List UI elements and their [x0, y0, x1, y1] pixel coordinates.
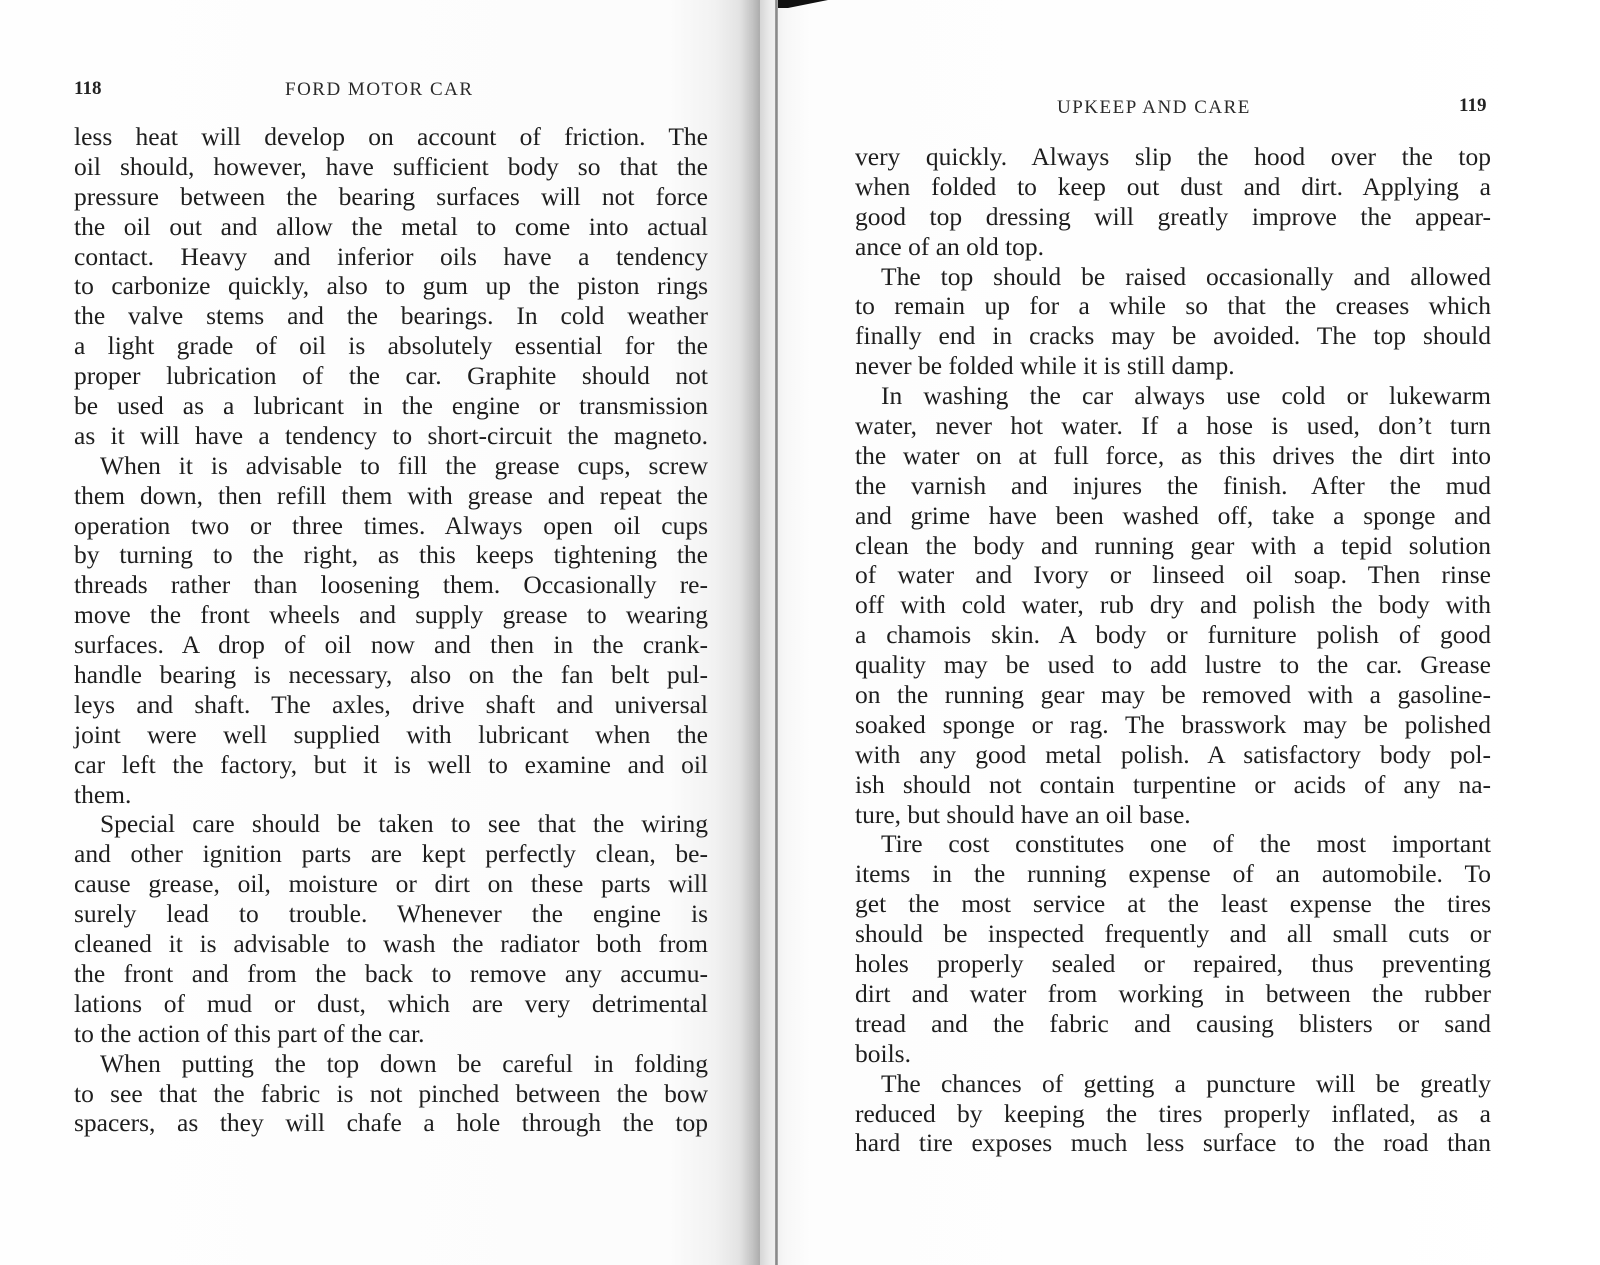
text-line: to carbonize quickly, also to gum up the…: [74, 271, 708, 301]
text-line: When putting the top down be careful in …: [74, 1049, 708, 1079]
text-line: never be folded while it is still damp.: [855, 351, 1491, 381]
running-head-right: UPKEEP AND CARE: [1057, 97, 1251, 119]
text-line: reduced by keeping the tires properly in…: [855, 1099, 1491, 1129]
text-line: a light grade of oil is absolutely essen…: [74, 331, 708, 361]
text-line: good top dressing will greatly improve t…: [855, 202, 1491, 232]
text-line: handle bearing is necessary, also on the…: [74, 660, 708, 690]
page-number-left: 118: [74, 78, 101, 100]
text-line: get the most service at the least expens…: [855, 889, 1491, 919]
text-line: and grime have been washed off, take a s…: [855, 501, 1491, 531]
text-line: hard tire exposes much less surface to t…: [855, 1128, 1491, 1158]
text-line: when folded to keep out dust and dirt. A…: [855, 172, 1491, 202]
text-line: Tire cost constitutes one of the most im…: [855, 829, 1491, 859]
page-number-right: 119: [1459, 95, 1486, 117]
text-line: and other ignition parts are kept perfec…: [74, 839, 708, 869]
text-line: The top should be raised occasionally an…: [855, 262, 1491, 292]
text-line: the front and from the back to remove an…: [74, 959, 708, 989]
text-line: the valve stems and the bearings. In col…: [74, 301, 708, 331]
text-line: ance of an old top.: [855, 232, 1491, 262]
text-line: the water on at full force, as this driv…: [855, 441, 1491, 471]
text-line: operation two or three times. Always ope…: [74, 511, 708, 541]
text-line: items in the running expense of an autom…: [855, 859, 1491, 889]
text-line: surely lead to trouble. Whenever the eng…: [74, 899, 708, 929]
paragraph: very quickly. Always slip the hood over …: [855, 142, 1491, 262]
book-spread: 118 FORD MOTOR CAR less heat will develo…: [0, 0, 1600, 1265]
text-line: cause grease, oil, moisture or dirt on t…: [74, 869, 708, 899]
text-line: them.: [74, 780, 708, 810]
paragraph: less heat will develop on account of fri…: [74, 122, 708, 451]
text-line: on the running gear may be removed with …: [855, 680, 1491, 710]
paragraph: The chances of getting a puncture will b…: [855, 1069, 1491, 1159]
text-line: lations of mud or dust, which are very d…: [74, 989, 708, 1019]
text-line: threads rather than loosening them. Occa…: [74, 570, 708, 600]
text-line: to remain up for a while so that the cre…: [855, 291, 1491, 321]
text-line: The chances of getting a puncture will b…: [855, 1069, 1491, 1099]
text-line: ish should not contain turpentine or aci…: [855, 770, 1491, 800]
text-line: leys and shaft. The axles, drive shaft a…: [74, 690, 708, 720]
right-page-body: very quickly. Always slip the hood over …: [855, 142, 1491, 1158]
text-line: very quickly. Always slip the hood over …: [855, 142, 1491, 172]
text-line: move the front wheels and supply grease …: [74, 600, 708, 630]
text-line: dirt and water from working in between t…: [855, 979, 1491, 1009]
text-line: surfaces. A drop of oil now and then in …: [74, 630, 708, 660]
text-line: clean the body and running gear with a t…: [855, 531, 1491, 561]
running-head-left: FORD MOTOR CAR: [285, 79, 474, 101]
text-line: by turning to the right, as this keeps t…: [74, 540, 708, 570]
text-line: spacers, as they will chafe a hole throu…: [74, 1108, 708, 1138]
text-line: them down, then refill them with grease …: [74, 481, 708, 511]
text-line: finally end in cracks may be avoided. Th…: [855, 321, 1491, 351]
text-line: quality may be used to add lustre to the…: [855, 650, 1491, 680]
paragraph: The top should be raised occasionally an…: [855, 262, 1491, 382]
text-line: of water and Ivory or linseed oil soap. …: [855, 560, 1491, 590]
paragraph: In washing the car always use cold or lu…: [855, 381, 1491, 829]
text-line: off with cold water, rub dry and polish …: [855, 590, 1491, 620]
text-line: should be inspected frequently and all s…: [855, 919, 1491, 949]
text-line: contact. Heavy and inferior oils have a …: [74, 242, 708, 272]
text-line: In washing the car always use cold or lu…: [855, 381, 1491, 411]
paragraph: Special care should be taken to see that…: [74, 809, 708, 1048]
text-line: When it is advisable to fill the grease …: [74, 451, 708, 481]
text-line: with any good metal polish. A satisfacto…: [855, 740, 1491, 770]
text-line: pressure between the bearing surfaces wi…: [74, 182, 708, 212]
book-spine: [775, 0, 778, 1265]
paragraph: When putting the top down be careful in …: [74, 1049, 708, 1139]
text-line: the varnish and injures the finish. Afte…: [855, 471, 1491, 501]
text-line: the oil out and allow the metal to come …: [74, 212, 708, 242]
left-page-body: less heat will develop on account of fri…: [74, 122, 708, 1138]
text-line: proper lubrication of the car. Graphite …: [74, 361, 708, 391]
paragraph: When it is advisable to fill the grease …: [74, 451, 708, 810]
text-line: water, never hot water. If a hose is use…: [855, 411, 1491, 441]
text-line: be used as a lubricant in the engine or …: [74, 391, 708, 421]
text-line: soaked sponge or rag. The brasswork may …: [855, 710, 1491, 740]
text-line: Special care should be taken to see that…: [74, 809, 708, 839]
text-line: oil should, however, have sufficient bod…: [74, 152, 708, 182]
text-line: boils.: [855, 1039, 1491, 1069]
paragraph: Tire cost constitutes one of the most im…: [855, 829, 1491, 1068]
text-line: holes properly sealed or repaired, thus …: [855, 949, 1491, 979]
text-line: a chamois skin. A body or furniture poli…: [855, 620, 1491, 650]
text-line: cleaned it is advisable to wash the radi…: [74, 929, 708, 959]
text-line: joint were well supplied with lubricant …: [74, 720, 708, 750]
text-line: tread and the fabric and causing blister…: [855, 1009, 1491, 1039]
text-line: to the action of this part of the car.: [74, 1019, 708, 1049]
text-line: as it will have a tendency to short-circ…: [74, 421, 708, 451]
text-line: less heat will develop on account of fri…: [74, 122, 708, 152]
text-line: car left the factory, but it is well to …: [74, 750, 708, 780]
text-line: to see that the fabric is not pinched be…: [74, 1079, 708, 1109]
text-line: ture, but should have an oil base.: [855, 800, 1491, 830]
